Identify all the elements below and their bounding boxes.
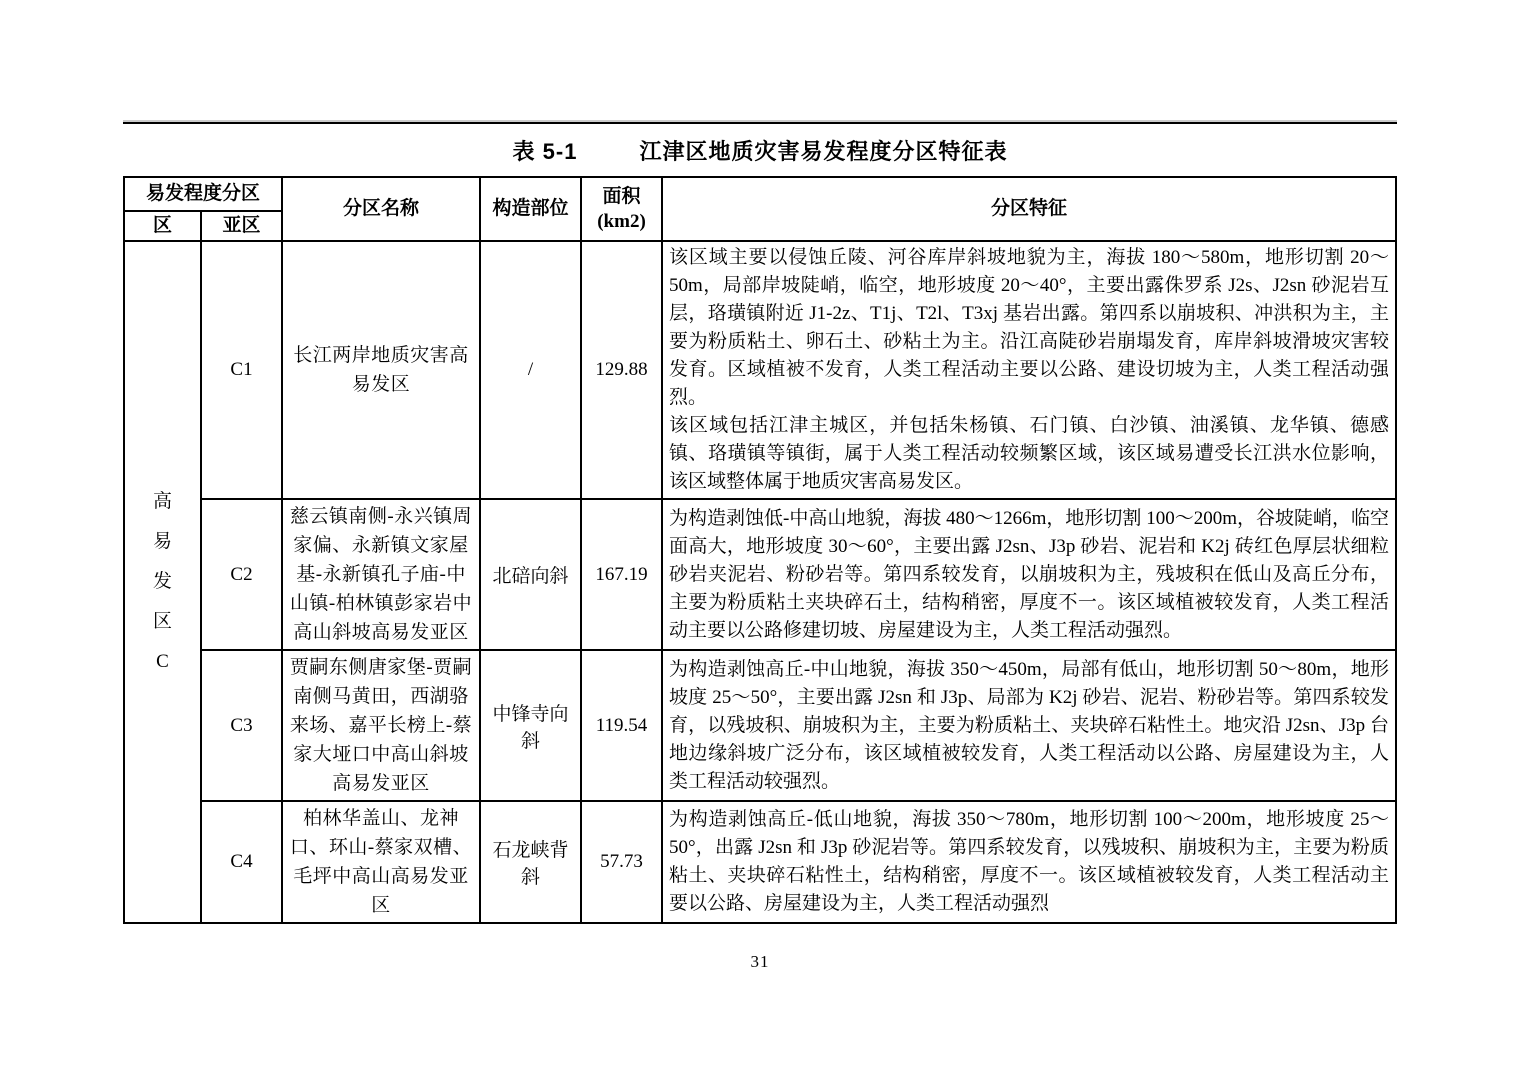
cell-structure: 石龙峡背斜 bbox=[480, 801, 581, 923]
cell-features: 为构造剥蚀高丘-低山地貌，海拔 350～780m，地形切割 100～200m，地… bbox=[662, 801, 1396, 923]
header-structure: 构造部位 bbox=[480, 177, 581, 241]
cell-structure: 北碚向斜 bbox=[480, 499, 581, 650]
cell-name: 贾嗣东侧唐家堡-贾嗣南侧马黄田，西湖骆来场、嘉平长榜上-蔡家大垭口中高山斜坡高易… bbox=[282, 650, 480, 801]
header-name: 分区名称 bbox=[282, 177, 480, 241]
cell-area: 129.88 bbox=[581, 241, 662, 499]
cell-features: 该区域主要以侵蚀丘陵、河谷库岸斜坡地貌为主，海拔 180～580m，地形切割 2… bbox=[662, 241, 1396, 499]
cell-area: 119.54 bbox=[581, 650, 662, 801]
header-zone-group: 易发程度分区 bbox=[124, 177, 282, 211]
cell-subzone: C1 bbox=[201, 241, 282, 499]
cell-name: 长江两岸地质灾害高易发区 bbox=[282, 241, 480, 499]
header-features: 分区特征 bbox=[662, 177, 1396, 241]
cell-area: 167.19 bbox=[581, 499, 662, 650]
cell-area: 57.73 bbox=[581, 801, 662, 923]
table-caption-number: 表 5-1 bbox=[513, 139, 578, 165]
table-row-c4: C4 柏林华盖山、龙神口、环山-蔡家双槽、毛坪中高山高易发亚区 石龙峡背斜 57… bbox=[124, 801, 1396, 923]
header-row-1: 易发程度分区 分区名称 构造部位 面积 (km2) 分区特征 bbox=[124, 177, 1396, 211]
table-row-c1: 高 易 发 区 C C1 长江两岸地质灾害高易发区 / 129.88 该区域主要… bbox=[124, 241, 1396, 499]
cell-subzone: C3 bbox=[201, 650, 282, 801]
cell-structure: 中锋寺向斜 bbox=[480, 650, 581, 801]
header-subzone: 亚区 bbox=[201, 211, 282, 241]
cell-zone-group: 高 易 发 区 C bbox=[124, 241, 201, 923]
header-zone: 区 bbox=[124, 211, 201, 241]
cell-features: 为构造剥蚀低-中高山地貌，海拔 480～1266m，地形切割 100～200m，… bbox=[662, 499, 1396, 650]
zoning-table: 易发程度分区 分区名称 构造部位 面积 (km2) 分区特征 区 亚区 高 易 … bbox=[123, 176, 1397, 924]
header-rule bbox=[123, 122, 1397, 124]
table-caption-text: 江津区地质灾害易发程度分区特征表 bbox=[639, 139, 1007, 165]
table-row-c3: C3 贾嗣东侧唐家堡-贾嗣南侧马黄田，西湖骆来场、嘉平长榜上-蔡家大垭口中高山斜… bbox=[124, 650, 1396, 801]
cell-name: 柏林华盖山、龙神口、环山-蔡家双槽、毛坪中高山高易发亚区 bbox=[282, 801, 480, 923]
page-content: 表 5-1 江津区地质灾害易发程度分区特征表 易发程度分区 分区名称 构造部位 … bbox=[123, 0, 1397, 924]
cell-features: 为构造剥蚀高丘-中山地貌，海拔 350～450m，局部有低山，地形切割 50～8… bbox=[662, 650, 1396, 801]
cell-subzone: C2 bbox=[201, 499, 282, 650]
cell-structure: / bbox=[480, 241, 581, 499]
cell-subzone: C4 bbox=[201, 801, 282, 923]
page-number: 31 bbox=[0, 952, 1520, 972]
table-row-c2: C2 慈云镇南侧-永兴镇周家偏、永新镇文家屋基-永新镇孔子庙-中山镇-柏林镇彭家… bbox=[124, 499, 1396, 650]
header-area: 面积 (km2) bbox=[581, 177, 662, 241]
document-page: 表 5-1 江津区地质灾害易发程度分区特征表 易发程度分区 分区名称 构造部位 … bbox=[0, 0, 1520, 1074]
cell-name: 慈云镇南侧-永兴镇周家偏、永新镇文家屋基-永新镇孔子庙-中山镇-柏林镇彭家岩中高… bbox=[282, 499, 480, 650]
table-caption: 表 5-1 江津区地质灾害易发程度分区特征表 bbox=[123, 139, 1397, 165]
